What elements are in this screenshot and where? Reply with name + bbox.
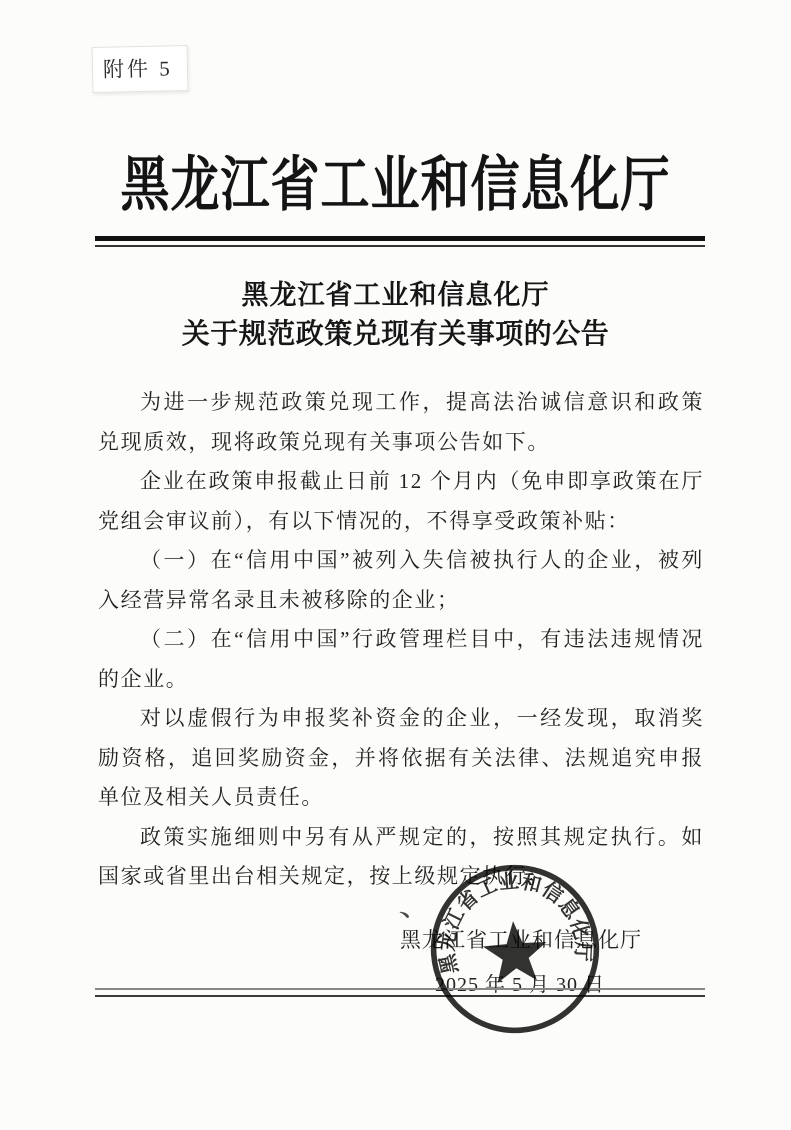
document-body: 为进一步规范政策兑现工作，提高法治诚信意识和政策兑现质效，现将政策兑现有关事项公… [98, 383, 704, 897]
footer-rule-top [95, 988, 705, 990]
attachment-label: 附件 5 [92, 45, 189, 93]
body-paragraph: （一）在“信用中国”被列入失信被执行人的企业，被列入经营异常名录且未被移除的企业… [98, 541, 704, 620]
masthead-title: 黑龙江省工业和信息化厅 [0, 138, 791, 223]
document-title: 黑龙江省工业和信息化厅 关于规范政策兑现有关事项的公告 [0, 276, 791, 354]
body-paragraph: （二）在“信用中国”行政管理栏目中，有违法违规情况的企业。 [98, 620, 704, 699]
document-title-line1: 黑龙江省工业和信息化厅 [0, 276, 791, 315]
body-paragraph: 企业在政策申报截止日前 12 个月内（免申即享政策在厅党组会审议前），有以下情况… [98, 462, 704, 541]
footer-rule-bottom [95, 995, 705, 997]
document-page: 附件 5 黑龙江省工业和信息化厅 黑龙江省工业和信息化厅 关于规范政策兑现有关事… [0, 0, 791, 1130]
document-title-line2: 关于规范政策兑现有关事项的公告 [0, 315, 791, 354]
body-paragraph: 为进一步规范政策兑现工作，提高法治诚信意识和政策兑现质效，现将政策兑现有关事项公… [98, 383, 704, 462]
official-seal: 黑龙江省工业和信息化厅 [420, 854, 610, 1044]
star-icon [481, 919, 549, 984]
masthead-rule-thick [95, 236, 705, 241]
masthead-rule-thin [95, 245, 705, 247]
body-paragraph: 对以虚假行为申报奖补资金的企业，一经发现，取消奖励资格，追回奖励资金，并将依据有… [98, 699, 704, 818]
